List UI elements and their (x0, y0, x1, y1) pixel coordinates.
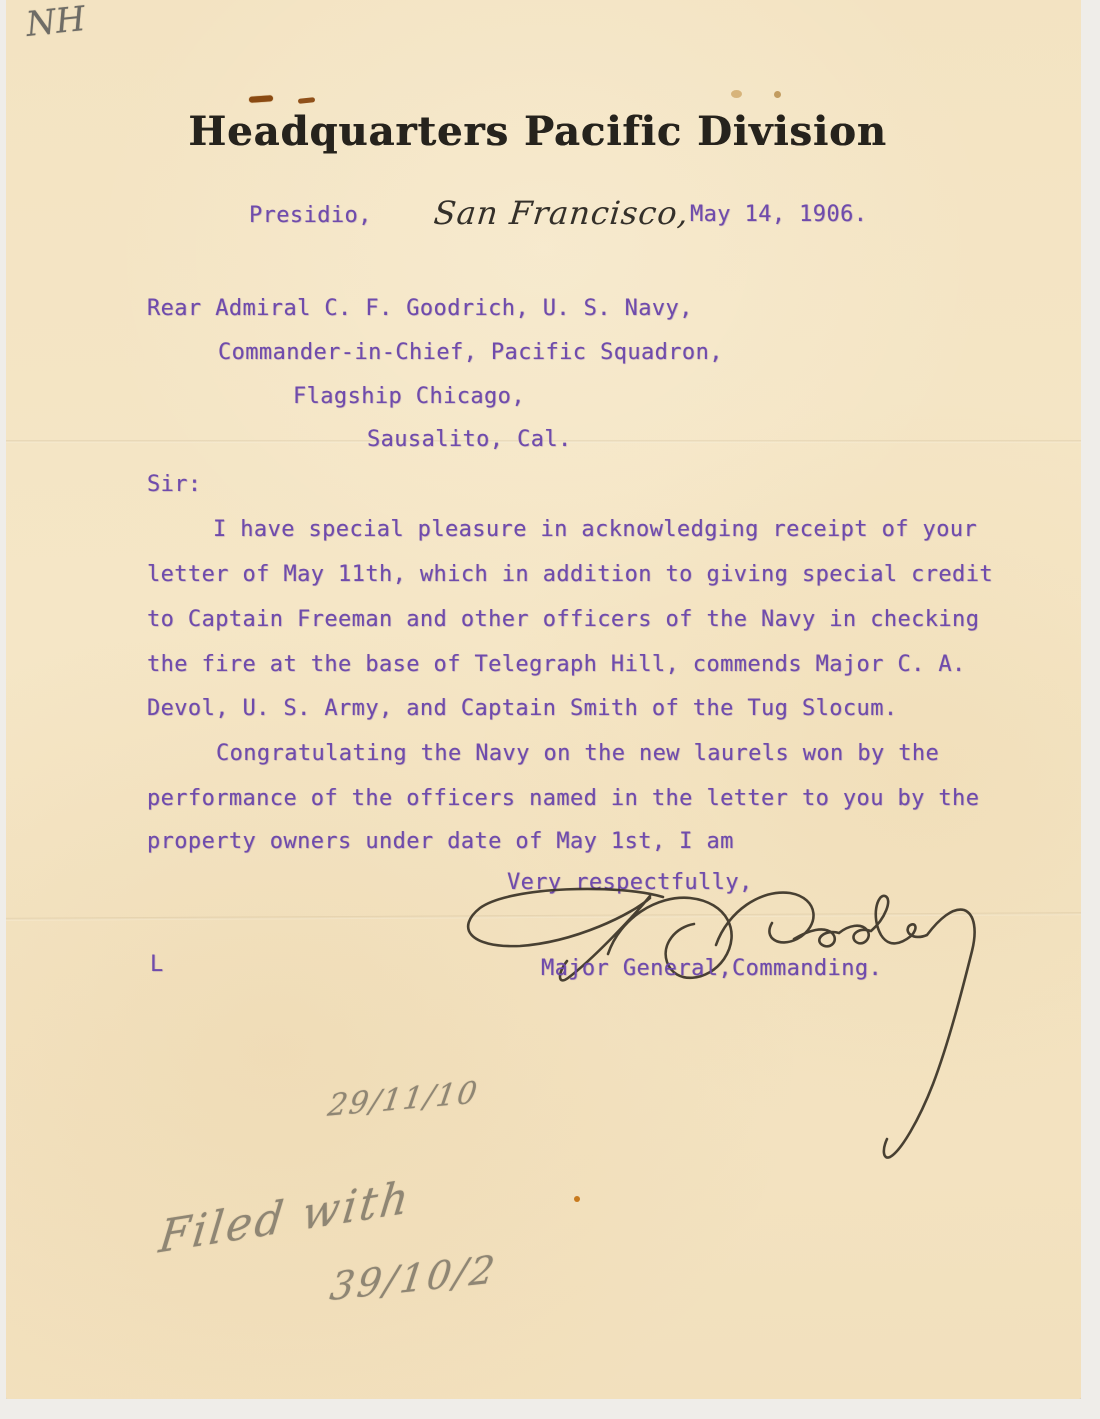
body-line: the fire at the base of Telegraph Hill, … (147, 654, 966, 676)
recipient-line: Flagship Chicago, (293, 386, 525, 408)
typist-initial: L (150, 954, 164, 976)
scan-edge-right (1081, 0, 1100, 1419)
scan-edge-left (0, 0, 6, 1419)
salutation: Sir: (147, 474, 202, 496)
recipient-line: Rear Admiral C. F. Goodrich, U. S. Navy, (147, 298, 693, 320)
pencil-corner-mark: NH (24, 0, 87, 45)
scanned-letter-page: { "letterhead": { "title": "Headquarters… (0, 0, 1100, 1419)
body-line: I have special pleasure in acknowledging… (213, 519, 977, 541)
signature-title: Major General,Commanding. (541, 958, 882, 980)
dateline-place-printed: San Francisco, (432, 194, 691, 232)
body-line: to Captain Freeman and other officers of… (147, 609, 979, 631)
body-line: property owners under date of May 1st, I… (147, 831, 734, 853)
recipient-line: Sausalito, Cal. (367, 429, 572, 451)
body-line: Congratulating the Navy on the new laure… (216, 743, 939, 765)
dateline-place-typed: Presidio, (249, 205, 372, 227)
signature-flourish (440, 868, 1000, 1168)
scan-edge-bottom (0, 1399, 1100, 1419)
recipient-line: Commander-in-Chief, Pacific Squadron, (218, 342, 723, 364)
body-line: Devol, U. S. Army, and Captain Smith of … (147, 698, 897, 720)
letterhead-title: Headquarters Pacific Division (0, 108, 1075, 155)
scan-background: NH Headquarters Pacific Division Presidi… (0, 0, 1100, 1419)
body-line: letter of May 11th, which in addition to… (147, 564, 993, 586)
body-line: performance of the officers named in the… (147, 788, 979, 810)
dateline-date: May 14, 1906. (690, 204, 867, 226)
